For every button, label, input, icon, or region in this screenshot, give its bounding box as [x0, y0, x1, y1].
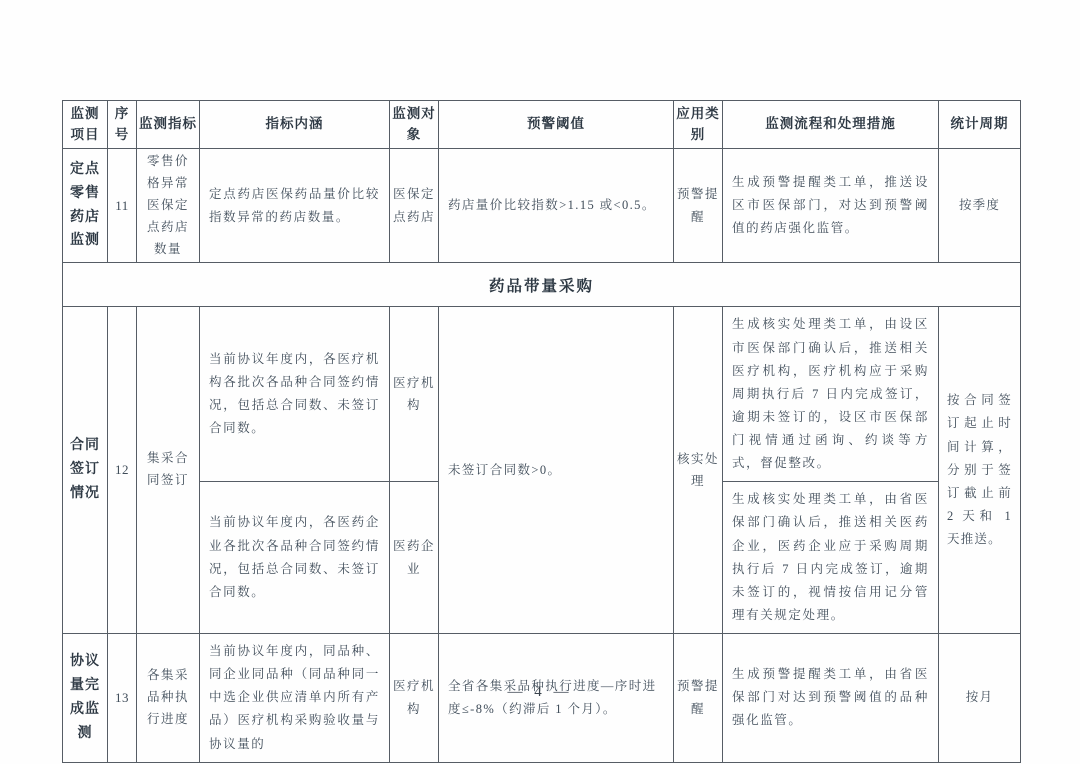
row11-seq-cell: 11 — [108, 149, 137, 263]
row12-sub2-target-cell: 医药企业 — [390, 482, 439, 634]
table-row-12-sub1: 合同签订情况 12 集采合同签订 当前协议年度内，各医疗机构各批次各品种合同签约… — [63, 307, 1021, 482]
header-indicator: 监测指标 — [137, 101, 200, 149]
row11-process-cell: 生成预警提醒类工单，推送设区市医保部门，对达到预警阈值的药店强化监管。 — [723, 149, 939, 263]
section-header-row: 药品带量采购 — [63, 263, 1021, 307]
row11-threshold-cell: 药店量价比较指数>1.15 或<0.5。 — [439, 149, 674, 263]
row12-seq-cell: 12 — [108, 307, 137, 634]
row12-cycle-cell: 按合同签订起止时间计算，分别于签订截止前 2 天和 1 天推送。 — [939, 307, 1021, 634]
header-cycle: 统计周期 — [939, 101, 1021, 149]
row11-target-cell: 医保定点药店 — [390, 149, 439, 263]
table-row-11: 定点零售药店监测 11 零售价格异常医保定点药店数量 定点药店医保药品量价比较指… — [63, 149, 1021, 263]
header-process: 监测流程和处理措施 — [723, 101, 939, 149]
row12-sub1-content-cell: 当前协议年度内，各医疗机构各批次各品种合同签约情况，包括总合同数、未签订合同数。 — [200, 307, 390, 482]
row12-sub1-target-cell: 医疗机构 — [390, 307, 439, 482]
row11-content-cell: 定点药店医保药品量价比较指数异常的药店数量。 — [200, 149, 390, 263]
row12-project-cell: 合同签订情况 — [63, 307, 108, 634]
header-threshold: 预警阈值 — [439, 101, 674, 149]
header-target: 监测对象 — [390, 101, 439, 149]
header-content: 指标内涵 — [200, 101, 390, 149]
header-project: 监测项目 — [63, 101, 108, 149]
row11-project-cell: 定点零售药店监测 — [63, 149, 108, 263]
row12-sub2-process-cell: 生成核实处理类工单，由省医保部门确认后，推送相关医药企业，医药企业应于采购周期执… — [723, 482, 939, 634]
row12-category-cell: 核实处理 — [674, 307, 723, 634]
row12-sub2-content-cell: 当前协议年度内，各医药企业各批次各品种合同签约情况，包括总合同数、未签订合同数。 — [200, 482, 390, 634]
row11-indicator-cell: 零售价格异常医保定点药店数量 — [137, 149, 200, 263]
monitoring-table: 监测项目 序号 监测指标 指标内涵 监测对象 预警阈值 应用类别 监测流程和处理… — [62, 100, 1021, 763]
row11-cycle-cell: 按季度 — [939, 149, 1021, 263]
header-seq: 序号 — [108, 101, 137, 149]
row12-threshold-cell: 未签订合同数>0。 — [439, 307, 674, 634]
header-category: 应用类别 — [674, 101, 723, 149]
row12-sub1-process-cell: 生成核实处理类工单，由设区市医保部门确认后，推送相关医疗机构，医疗机构应于采购周… — [723, 307, 939, 482]
page-number: — 4 — — [0, 684, 1080, 701]
document-page: 监测项目 序号 监测指标 指标内涵 监测对象 预警阈值 应用类别 监测流程和处理… — [0, 0, 1080, 764]
table-header-row: 监测项目 序号 监测指标 指标内涵 监测对象 预警阈值 应用类别 监测流程和处理… — [63, 101, 1021, 149]
row11-category-cell: 预警提醒 — [674, 149, 723, 263]
row12-indicator-cell: 集采合同签订 — [137, 307, 200, 634]
section-header-title: 药品带量采购 — [63, 263, 1021, 307]
